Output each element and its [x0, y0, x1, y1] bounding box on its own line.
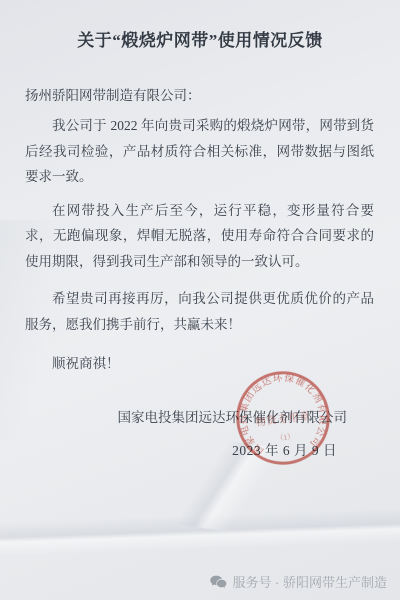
paper-crease — [0, 507, 400, 557]
letter-addressee: 扬州骄阳网带制造有限公司： — [25, 84, 375, 104]
wechat-service-icon — [210, 575, 227, 589]
letter-paragraph: 希望贵司再接再厉，向我公司提供更优质优价的产品服务，愿我们携手前行，共赢未来！ — [25, 286, 374, 337]
letter-closing-greeting: 顺祝商祺！ — [25, 351, 374, 377]
watermark-footer: 服务号 · 骄阳网带生产制造 — [210, 572, 387, 591]
signature-date: 2023 年 6 月 9 日 — [118, 439, 338, 459]
signature-block: 国家电投集团远达环保催化剂有限公司 2023 年 6 月 9 日 — [118, 406, 348, 459]
letter-title: 关于“煅烧炉网带”使用情况反馈 — [20, 26, 380, 51]
signature-company: 国家电投集团远达环保催化剂有限公司 — [118, 406, 348, 426]
watermark-text: 服务号 · 骄阳网带生产制造 — [232, 572, 387, 591]
letter-paragraph: 在网带投入生产后至今，运行平稳，变形量符合要求，无跑偏现象，焊帽无脱落，使用寿命… — [25, 198, 374, 275]
letter-photo: 关于“煅烧炉网带”使用情况反馈 扬州骄阳网带制造有限公司： 我公司于 2022 … — [0, 0, 400, 600]
letter-paragraph: 我公司于 2022 年向贵司采购的煅烧炉网带，网带到货后经我司检验，产品材质符合… — [25, 113, 374, 190]
